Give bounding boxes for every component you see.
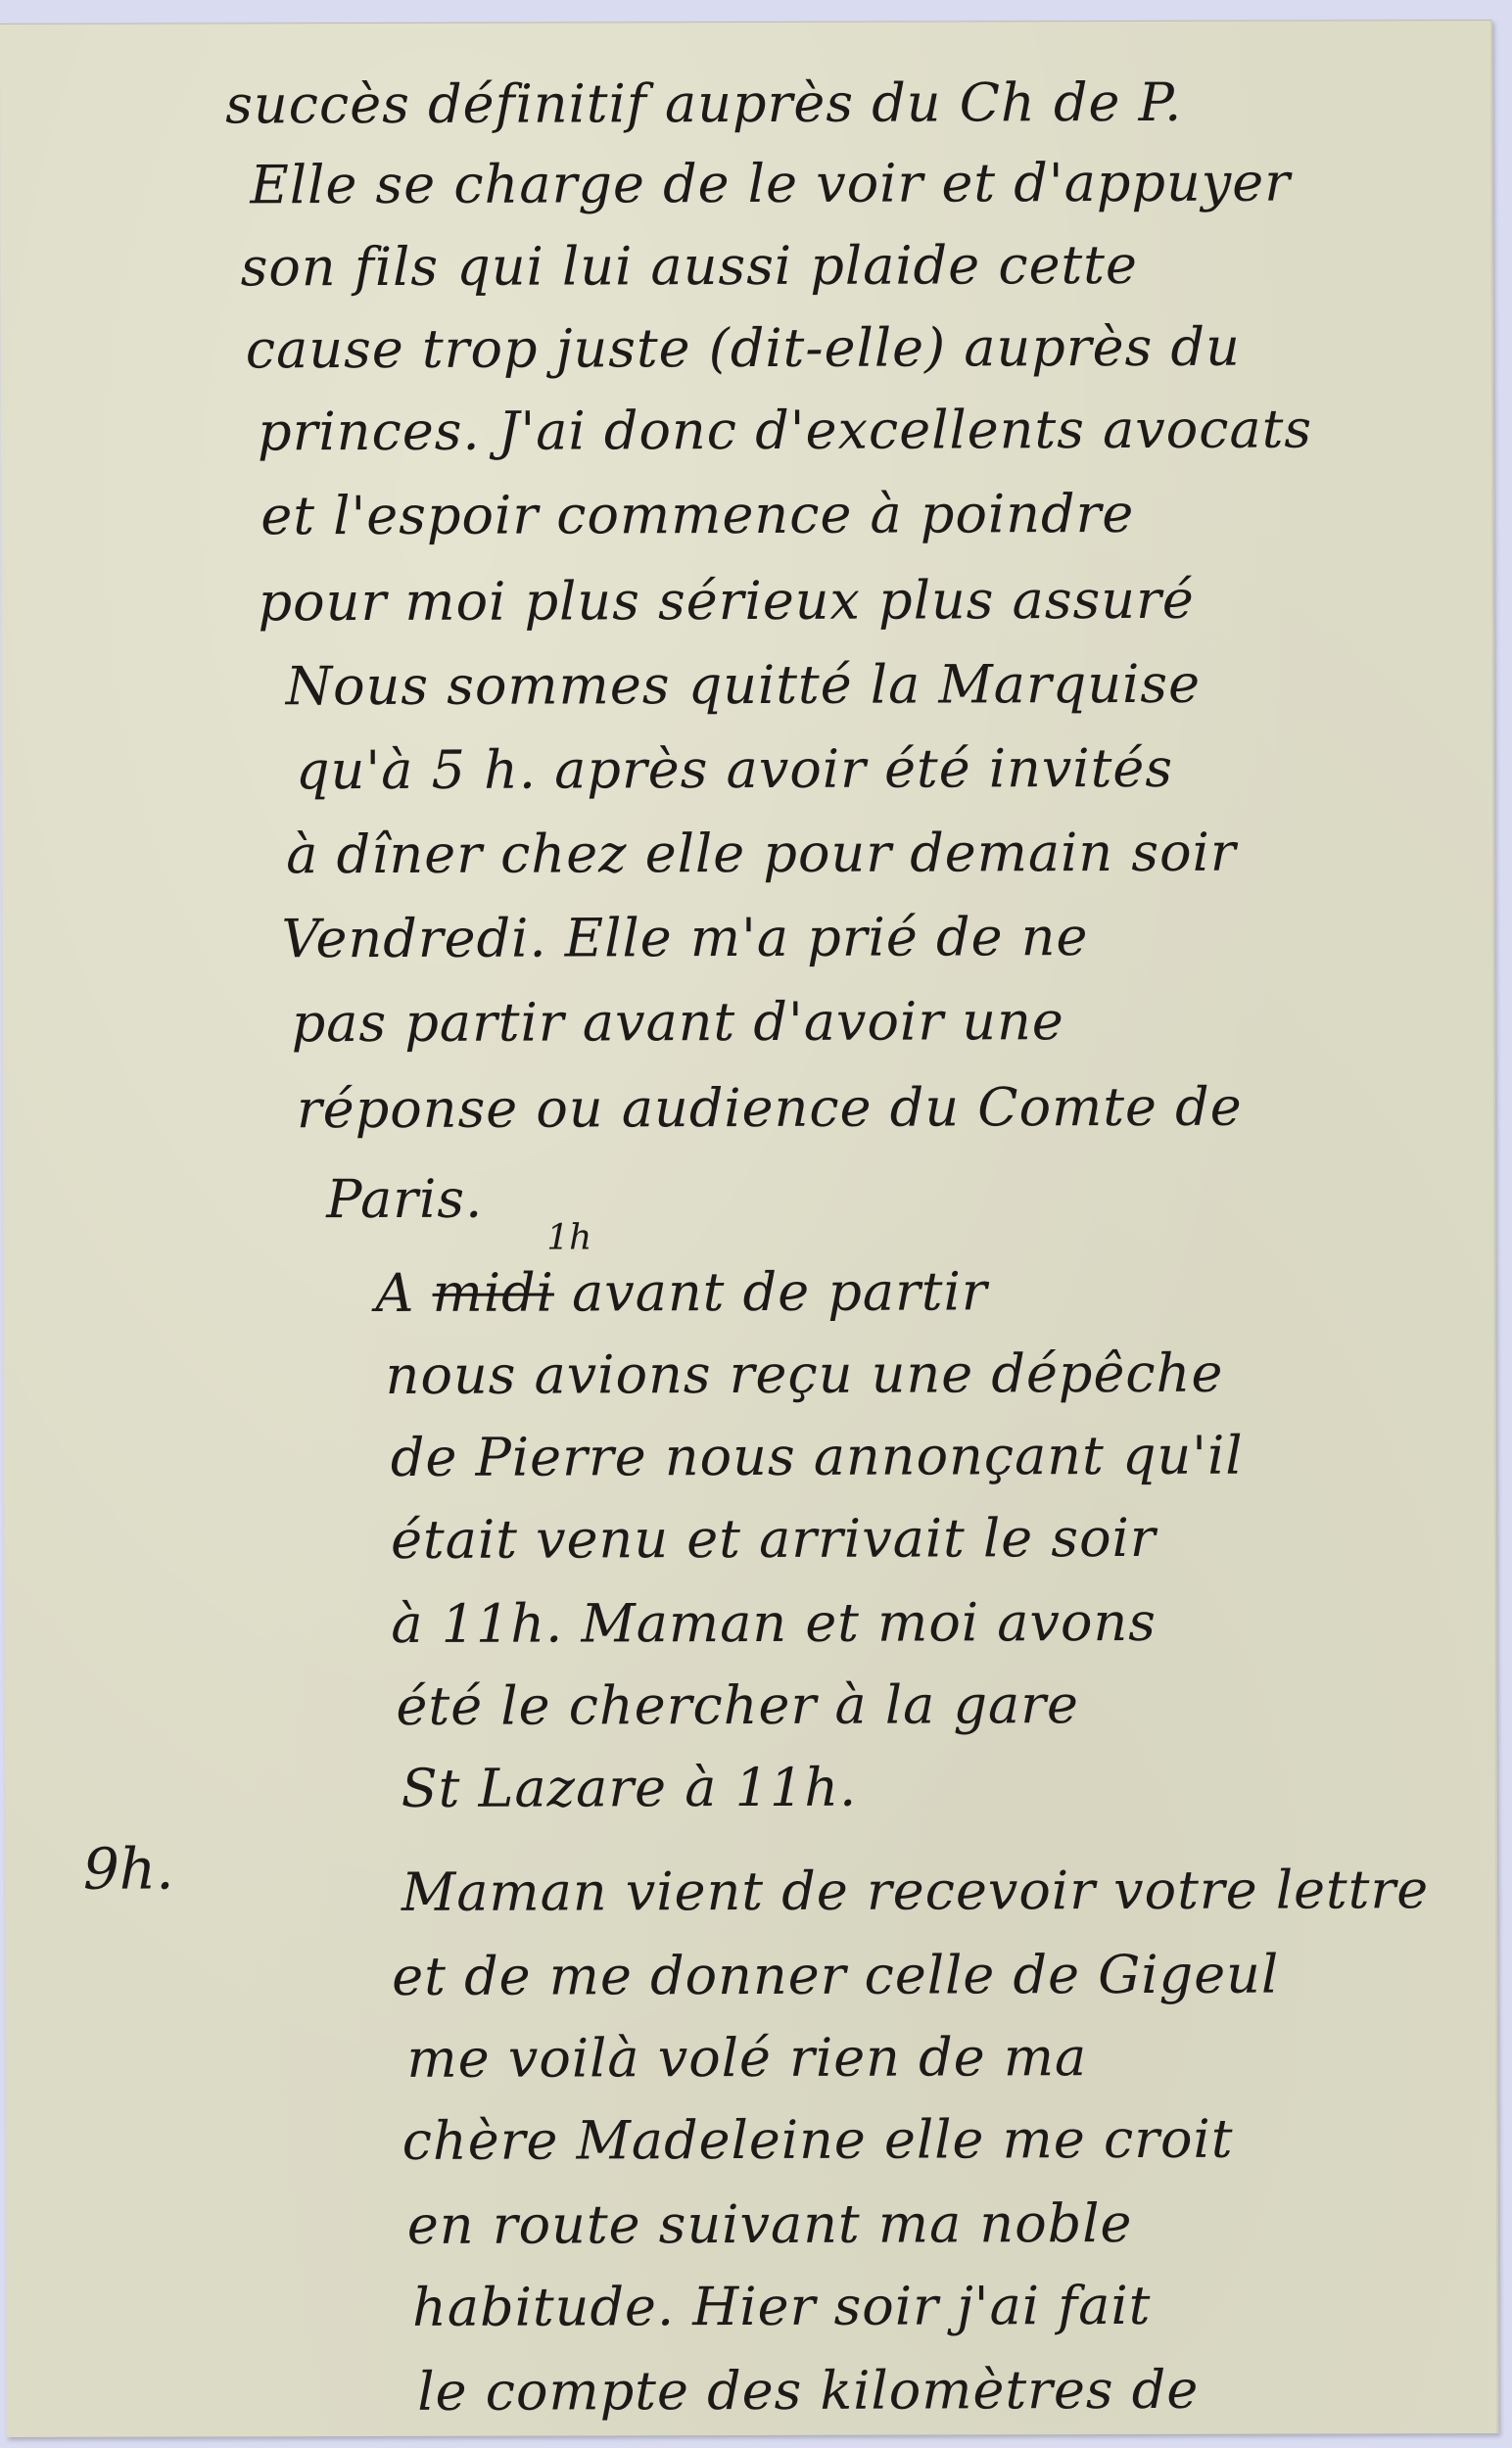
handwritten-line: à 11h. Maman et moi avons	[4, 1579, 1494, 1668]
handwritten-line-with-strikeout: A midi avant de partir	[3, 1248, 1493, 1337]
line-remainder: avant de partir	[554, 1260, 988, 1323]
letter-page: 9h. 1h succès définitif auprès du Ch de …	[0, 20, 1498, 2437]
handwritten-line: succès définitif auprès du Ch de P.	[0, 60, 1490, 148]
handwritten-line: son fils qui lui aussi plaide cette	[1, 222, 1491, 310]
handwritten-line: le compte des kilomètres de	[6, 2347, 1496, 2435]
handwritten-line: pas partir avant d'avoir une	[3, 978, 1493, 1066]
handwritten-line: me voilà volé rien de ma	[5, 2014, 1495, 2102]
handwritten-line: réponse ou audience du Comte de	[3, 1064, 1493, 1153]
handwritten-line: nous avions reçu une dépêche	[4, 1331, 1494, 1419]
handwritten-line: habitude. Hier soir j'ai fait	[6, 2263, 1496, 2351]
handwritten-line: qu'à 5 h. après avoir été invités	[2, 726, 1492, 814]
handwritten-line: pour moi plus sérieux plus assuré	[1, 557, 1491, 645]
handwritten-line: de Pierre nous annonçant qu'il	[4, 1413, 1494, 1501]
handwritten-line: été le chercher à la gare	[4, 1662, 1494, 1750]
handwritten-line: Vendredi. Elle m'a prié de ne	[2, 894, 1492, 982]
handwritten-line: cause trop juste (dit-elle) auprès du	[1, 305, 1491, 393]
handwritten-line: était venu et arrivait le soir	[4, 1495, 1494, 1583]
handwritten-line: princes. J'ai donc d'excellents avocats	[1, 387, 1491, 475]
handwritten-line: chère Madeleine elle me croit	[6, 2096, 1496, 2185]
handwritten-line: St Lazare à 11h.	[5, 1744, 1495, 1832]
handwritten-line: Nous sommes quitté la Marquise	[2, 641, 1492, 730]
struck-word: midi	[432, 1262, 553, 1324]
handwritten-line: en route suivant ma noble	[6, 2181, 1496, 2269]
handwritten-line: Maman vient de recevoir votre lettre	[5, 1848, 1495, 1936]
handwritten-line: Elle se charge de le voir et d'appuyer	[0, 140, 1490, 228]
handwritten-line: et l'espoir commence à poindre	[1, 471, 1491, 559]
handwritten-line: Paris.	[3, 1154, 1493, 1243]
word-a: A	[375, 1262, 432, 1324]
handwritten-line: à dîner chez elle pour demain soir	[2, 810, 1492, 898]
handwritten-line: et de me donner celle de Gigeul	[5, 1932, 1495, 2020]
